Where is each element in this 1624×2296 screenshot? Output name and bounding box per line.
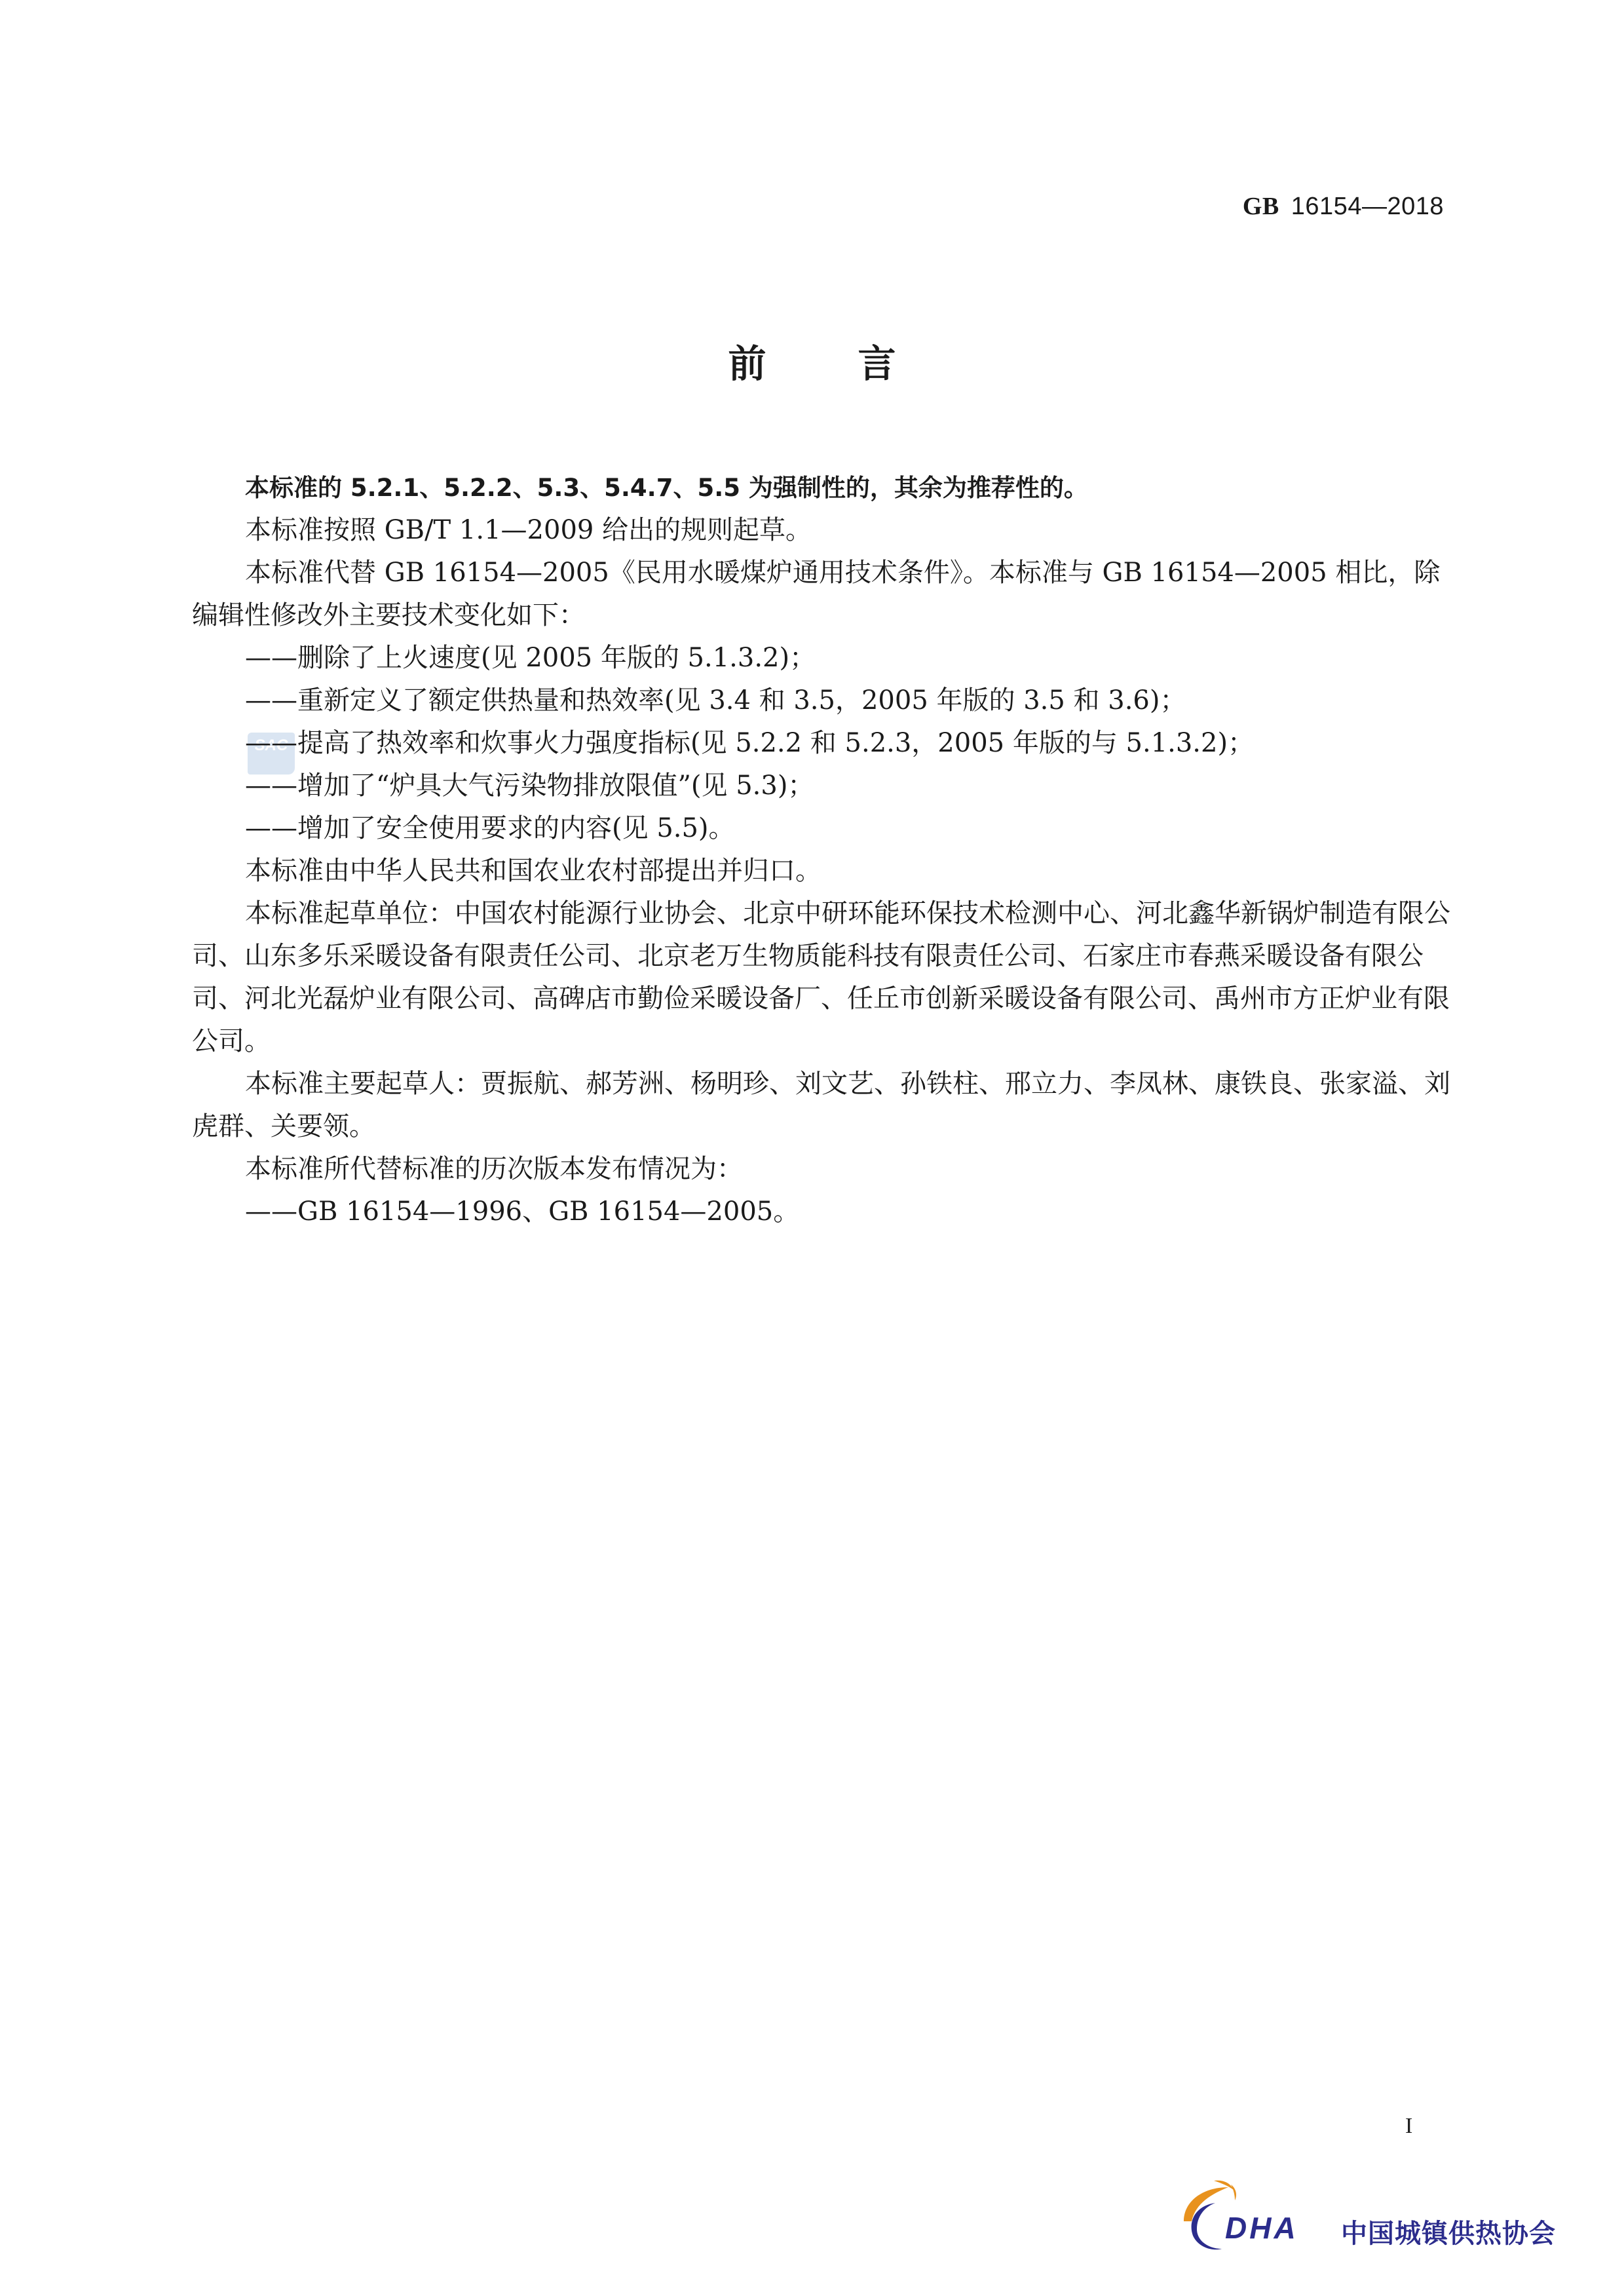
change-item: ——删除了上火速度(见 2005 年版的 5.1.3.2)； (245, 637, 1457, 679)
dha-logo: DHA 中国城镇供热协会 (1176, 2175, 1595, 2254)
logo-abbreviation: DHA (1225, 2210, 1298, 2246)
logo-organization-name: 中国城镇供热协会 (1341, 2213, 1556, 2250)
replaces-paragraph: 本标准代替 GB 16154—2005《民用水暖煤炉通用技术条件》。本标准与 G… (245, 552, 1457, 637)
page-title: 前言 (0, 333, 1624, 388)
drafting-rules-paragraph: 本标准按照 GB/T 1.1—2009 给出的规则起草。 (245, 509, 1457, 552)
change-item: ——提高了热效率和炊事火力强度指标(见 5.2.2 和 5.2.3，2005 年… (245, 722, 1457, 765)
proposed-by-paragraph: 本标准由中华人民共和国农业农村部提出并归口。 (245, 850, 1457, 892)
mandatory-clause-paragraph: 本标准的 5.2.1、5.2.2、5.3、5.4.7、5.5 为强制性的，其余为… (245, 467, 1457, 509)
history-intro-paragraph: 本标准所代替标准的历次版本发布情况为： (245, 1148, 1457, 1191)
drafters-paragraph: 本标准主要起草人：贾振航、郝芳洲、杨明珍、刘文艺、孙铁柱、邢立力、李凤林、康铁良… (245, 1063, 1457, 1148)
history-list-item: ——GB 16154—1996、GB 16154—2005。 (245, 1191, 1457, 1233)
change-item: ——重新定义了额定供热量和热效率(见 3.4 和 3.5，2005 年版的 3.… (245, 679, 1457, 722)
drafting-units-paragraph: 本标准起草单位：中国农村能源行业协会、北京中研环能环保技术检测中心、河北鑫华新锅… (245, 892, 1457, 1063)
replaces-text: 本标准代替 GB 16154—2005《民用水暖煤炉通用技术条件》。本标准与 G… (192, 552, 1457, 637)
foreword-body: 本标准的 5.2.1、5.2.2、5.3、5.4.7、5.5 为强制性的，其余为… (245, 467, 1457, 1233)
change-item: ——增加了安全使用要求的内容(见 5.5)。 (245, 807, 1457, 850)
drafting-units-text: 本标准起草单位：中国农村能源行业协会、北京中研环能环保技术检测中心、河北鑫华新锅… (192, 892, 1457, 1063)
standard-number: 16154—2018 (1291, 193, 1444, 220)
change-item: ——增加了“炉具大气污染物排放限值”(见 5.3)； (245, 765, 1457, 807)
page-number: I (1405, 2114, 1412, 2139)
drafters-text: 本标准主要起草人：贾振航、郝芳洲、杨明珍、刘文艺、孙铁柱、邢立力、李凤林、康铁良… (192, 1063, 1457, 1148)
standard-prefix: GB (1243, 193, 1279, 220)
standard-code-header: GB16154—2018 (1243, 191, 1444, 221)
